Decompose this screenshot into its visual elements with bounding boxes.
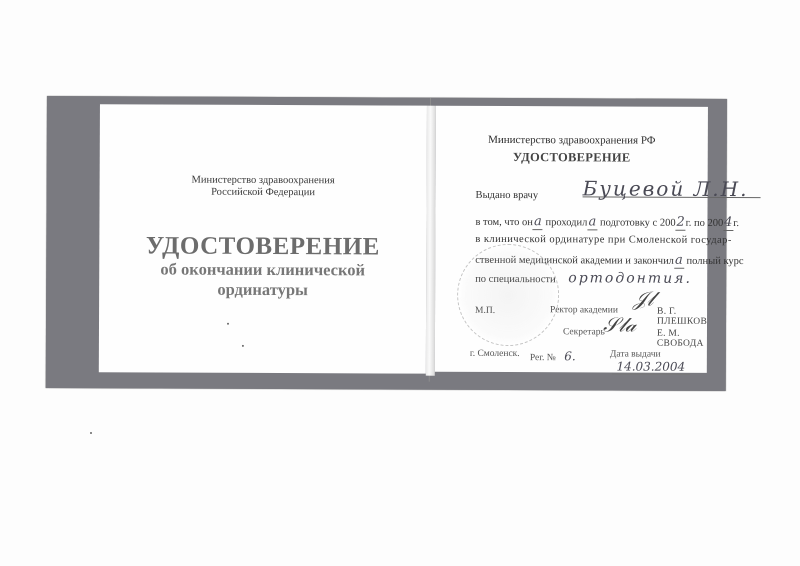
subtitle-line-1: об окончании клинической [99, 259, 426, 280]
handwritten-suffix: а [675, 253, 683, 268]
speck [227, 323, 229, 325]
gender-suffix-field: а [533, 214, 543, 230]
left-title: УДОСТОВЕРЕНИЕ [99, 232, 426, 261]
registration: Рег. № 6. [530, 349, 576, 363]
text: г. [733, 218, 739, 229]
issued-label: Выдано врачу [476, 190, 539, 201]
left-page: Министерство здравоохранения Российской … [99, 104, 427, 373]
seal-stamp [457, 244, 559, 346]
certificate-cover: Министерство здравоохранения Российской … [46, 96, 727, 391]
secretary-label: Секретарь [563, 327, 605, 337]
text: полный курс [687, 256, 744, 267]
stamp-label: М.П. [475, 306, 495, 316]
speck [90, 432, 92, 434]
issue-date-handwritten: 14.03.2004 [612, 359, 690, 374]
specialty-handwritten: ортодонтия. [568, 270, 692, 287]
right-title: УДОСТОВЕРЕНИЕ [436, 150, 708, 166]
city: г. Смоленск. [470, 349, 520, 359]
left-ministry-header: Министерство здравоохранения Российской … [100, 174, 427, 199]
rector-name: В. Г. ПЛЕШКОВ [657, 307, 707, 327]
subtitle-line-2: ординатуры [99, 279, 426, 300]
reg-number-handwritten: 6. [564, 349, 576, 363]
training-period-row: в том, что она проходила подготовку с 20… [475, 214, 739, 231]
right-page: Министерство здравоохранения РФ УДОСТОВЕ… [435, 106, 708, 373]
text: г. по 200 [686, 218, 724, 229]
ministry-line-2: Российской Федерации [100, 186, 427, 199]
speck [242, 345, 244, 347]
right-ministry-header: Министерство здравоохранения РФ [436, 134, 708, 147]
secretary-name: Е. М. СВОБОДА [657, 329, 707, 349]
handwritten-suffix: а [588, 214, 596, 229]
rector-signature: 𝒥𝓁 [633, 287, 654, 311]
issued-name-handwritten: Буцевой Л.Н. [583, 176, 761, 198]
end-year-field: 4 [723, 215, 733, 231]
gender-suffix-field: а [674, 253, 684, 269]
reg-label: Рег. № [530, 353, 556, 363]
handwritten-suffix: а [534, 214, 542, 229]
text: проходил [546, 217, 588, 228]
start-year-field: 2 [676, 215, 686, 231]
gender-suffix-field: а [587, 214, 597, 230]
secretary-signature: 𝒮𝓁𝒶 [603, 312, 636, 336]
issue-date: Дата выдачи 14.03.2004 [610, 349, 707, 374]
text: в том, что он [475, 217, 533, 228]
handwritten-digit: 4 [724, 215, 732, 230]
left-subtitle: об окончании клинической ординатуры [99, 259, 426, 300]
handwritten-digit: 2 [676, 215, 684, 230]
text: подготовку с 200 [600, 217, 676, 228]
issued-row: Выдано врачу Буцевой Л.Н. [476, 190, 539, 201]
issue-date-label: Дата выдачи [610, 349, 661, 359]
